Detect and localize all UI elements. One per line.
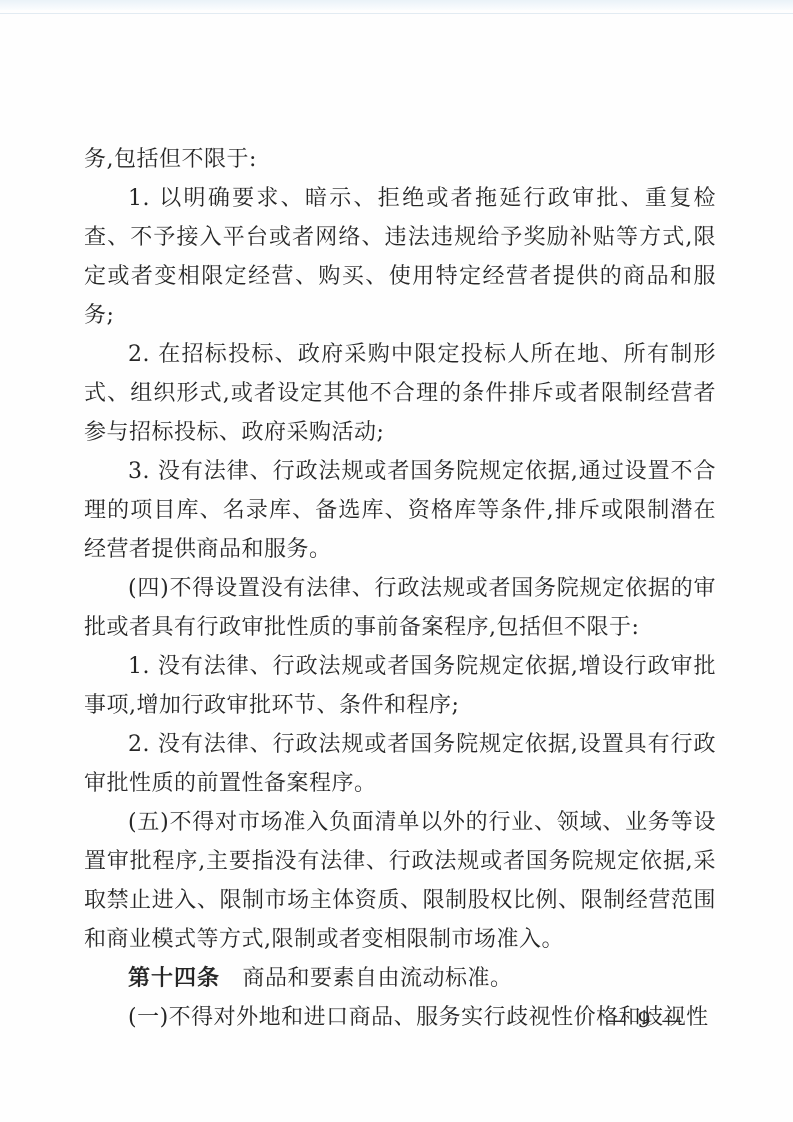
- document-body: 务,包括但不限于: 1. 以明确要求、暗示、拒绝或者拖延行政审批、重复检查、不予…: [84, 140, 716, 1037]
- paragraph-item-2: 2. 在招标投标、政府采购中限定投标人所在地、所有制形式、组织形式,或者设定其他…: [84, 335, 716, 452]
- document-page: 务,包括但不限于: 1. 以明确要求、暗示、拒绝或者拖延行政审批、重复检查、不予…: [0, 0, 793, 1122]
- page-number: — 9 —: [600, 1008, 690, 1032]
- article-14-heading: 第十四条: [128, 965, 220, 991]
- article-14-text: 商品和要素自由流动标准。: [220, 966, 513, 991]
- paragraph-item-3: 3. 没有法律、行政法规或者国务院规定依据,通过设置不合理的项目库、名录库、备选…: [84, 452, 716, 569]
- paragraph-clause-4: (四)不得设置没有法律、行政法规或者国务院规定依据的审批或者具有行政审批性质的事…: [84, 569, 716, 647]
- paragraph-article-14: 第十四条 商品和要素自由流动标准。: [84, 959, 716, 998]
- paragraph-clause-4-item-2: 2. 没有法律、行政法规或者国务院规定依据,设置具有行政审批性质的前置性备案程序…: [84, 725, 716, 803]
- paragraph-item-1: 1. 以明确要求、暗示、拒绝或者拖延行政审批、重复检查、不予接入平台或者网络、违…: [84, 179, 716, 335]
- paragraph-continuation: 务,包括但不限于:: [84, 140, 716, 179]
- paragraph-clause-5: (五)不得对市场准入负面清单以外的行业、领域、业务等设置审批程序,主要指没有法律…: [84, 803, 716, 959]
- scan-artifact-band: [0, 0, 793, 10]
- scan-artifact-line: [0, 13, 793, 14]
- paragraph-clause-4-item-1: 1. 没有法律、行政法规或者国务院规定依据,增设行政审批事项,增加行政审批环节、…: [84, 647, 716, 725]
